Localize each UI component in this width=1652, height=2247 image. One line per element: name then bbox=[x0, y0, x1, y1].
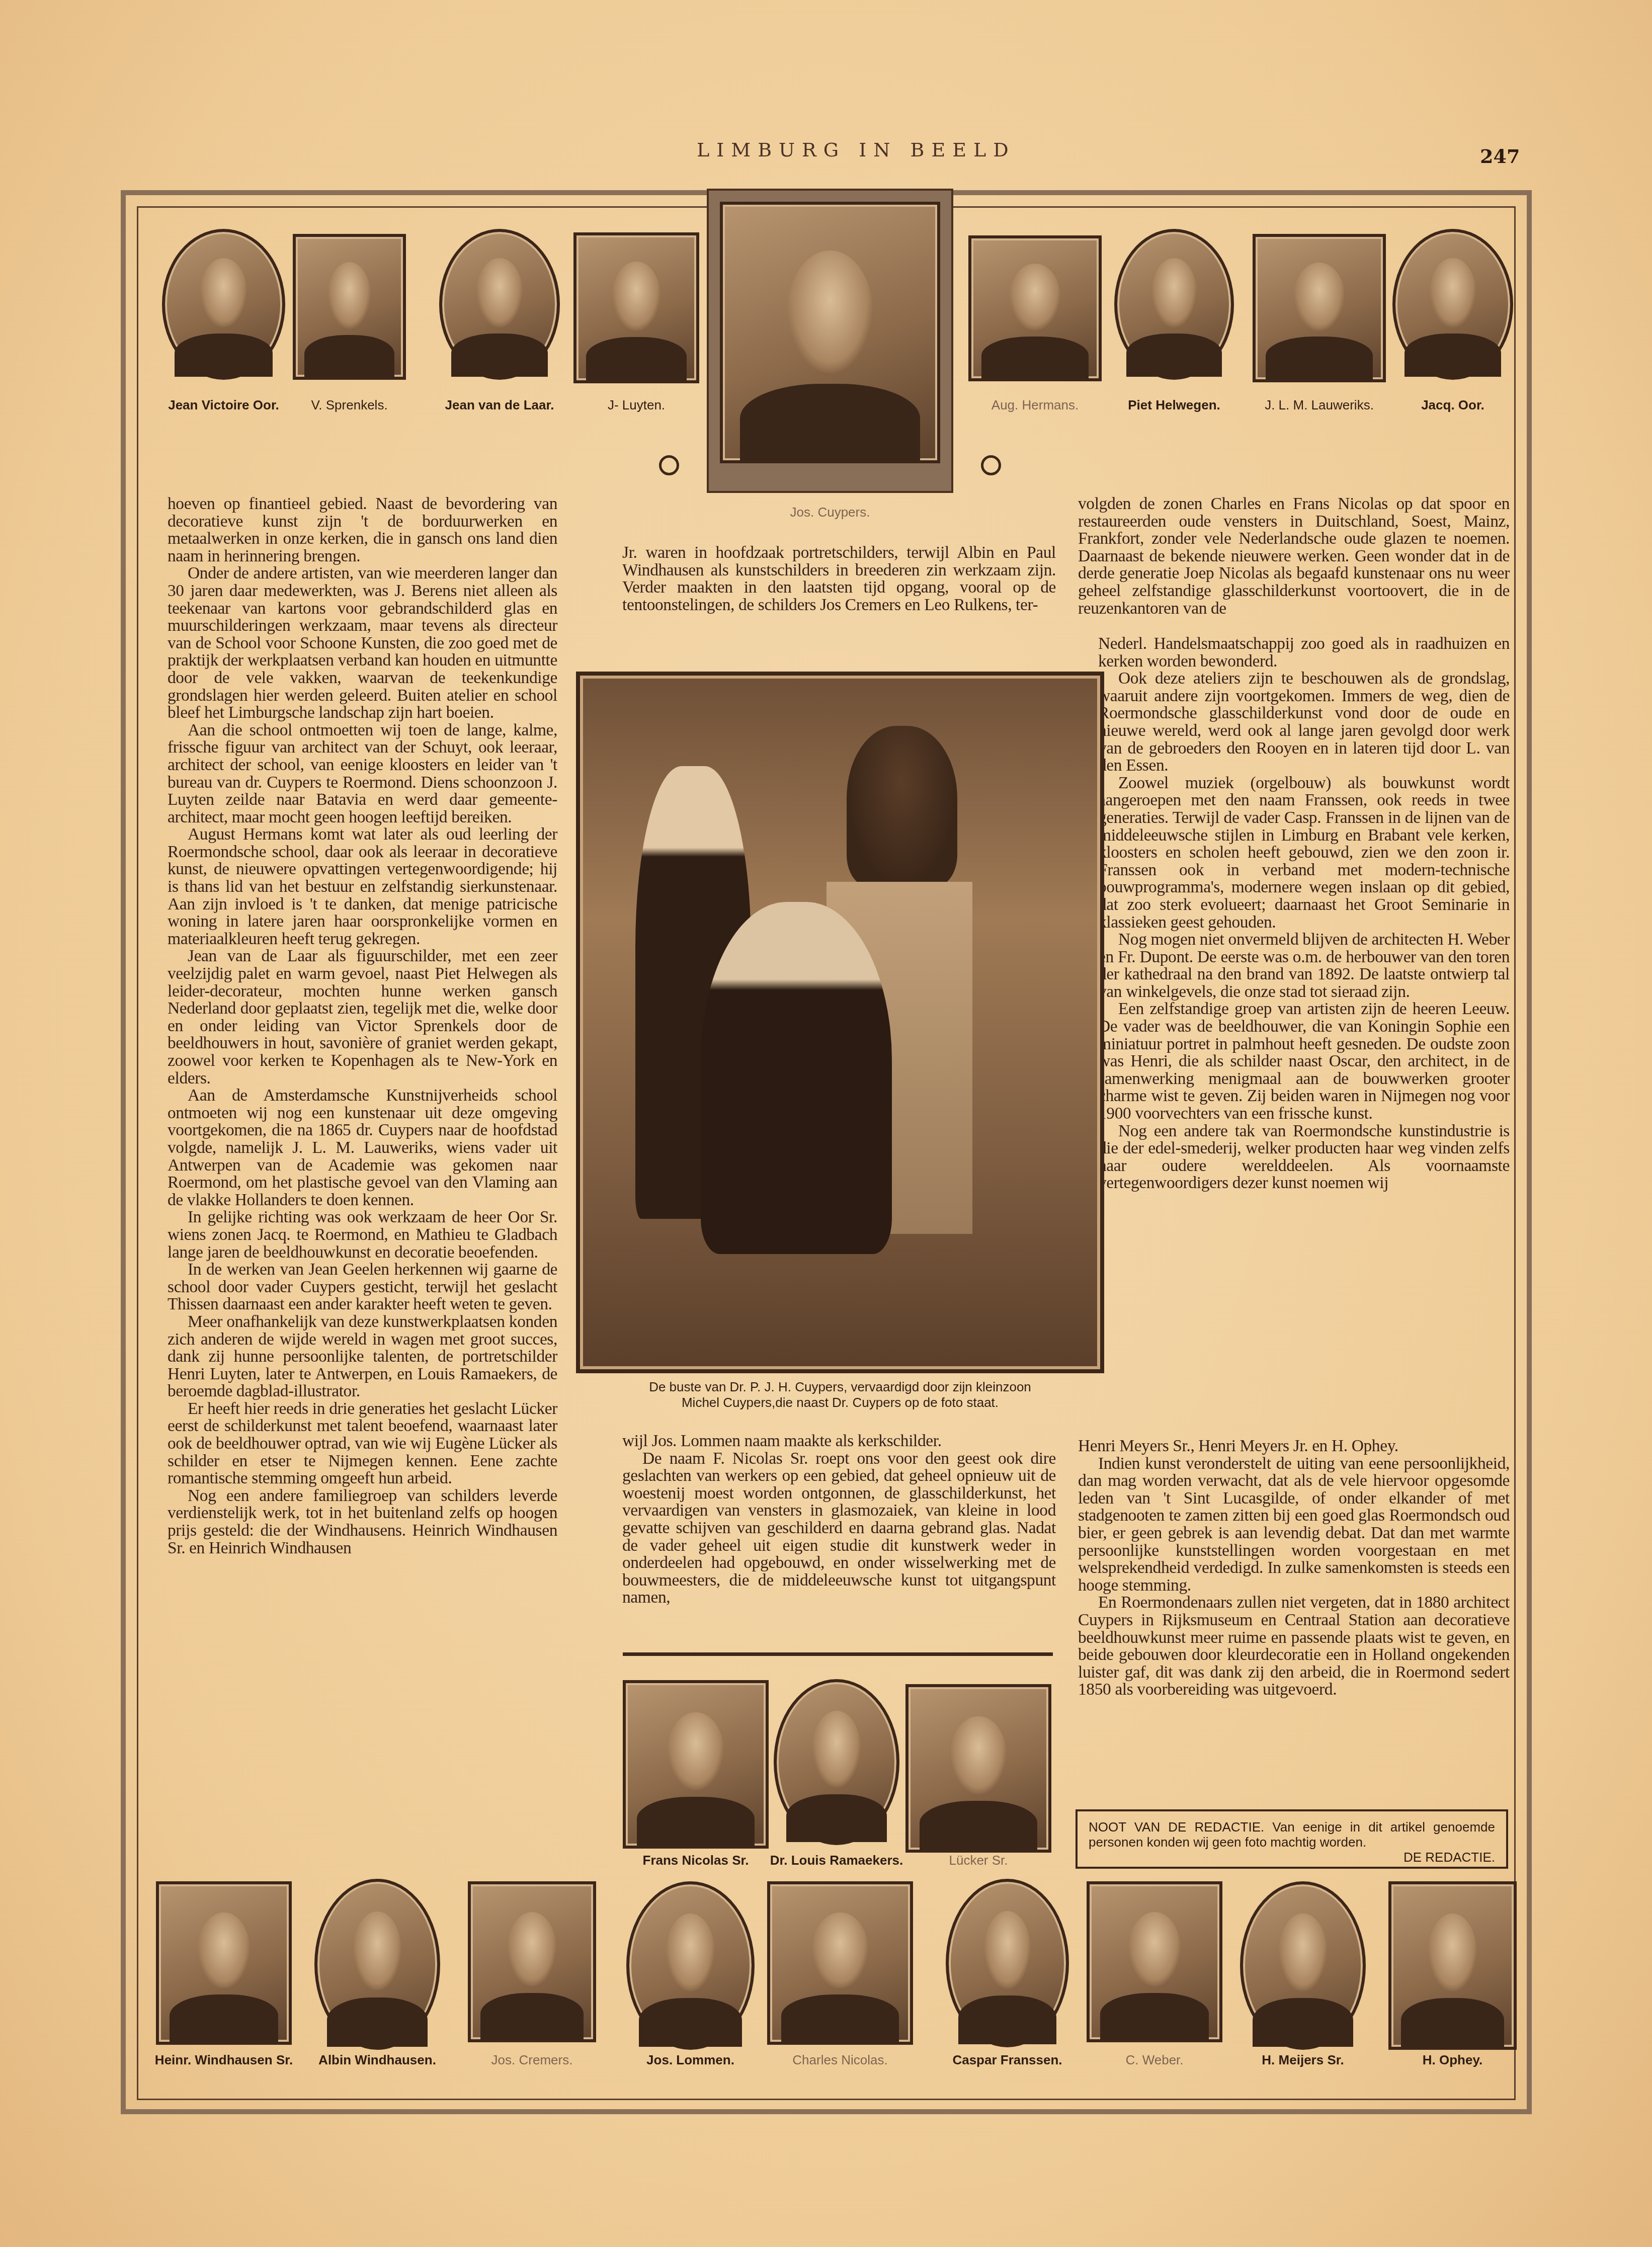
paragraph: Aan die school ontmoetten wij toen de la… bbox=[168, 722, 557, 826]
caption-line-2: Michel Cuypers,die naast Dr. Cuypers op … bbox=[568, 1395, 1112, 1410]
article-column-middle-top: Jr. waren in hoofdzaak portretschilders,… bbox=[622, 544, 1056, 614]
paragraph: Henri Meyers Sr., Henri Meyers Jr. en H.… bbox=[1078, 1438, 1510, 1455]
portrait-jos-cuypers bbox=[720, 202, 940, 463]
portrait-piet-helwegen bbox=[1114, 229, 1234, 380]
portrait-h-meijers-sr bbox=[1240, 1881, 1366, 2050]
ornament-scroll-right bbox=[981, 455, 1001, 475]
portrait-caption: Jacq. Oor. bbox=[1372, 397, 1533, 413]
article-column-right: Nederl. Handelsmaatschappij zoo goed als… bbox=[1098, 635, 1510, 1192]
article-column-right-top: volgden de zonen Charles en Frans Nicola… bbox=[1078, 495, 1510, 617]
caption-jos-cuypers: Jos. Cuypers. bbox=[707, 505, 953, 520]
paragraph: Jr. waren in hoofdzaak portretschilders,… bbox=[622, 544, 1056, 614]
paragraph: Zoowel muziek (orgelbouw) als bouwkunst … bbox=[1098, 775, 1510, 931]
portrait-jos-cremers bbox=[468, 1881, 596, 2042]
page-number: 247 bbox=[1480, 145, 1520, 168]
portrait-caption: Jos. Cremers. bbox=[448, 2052, 616, 2068]
portrait-albin-windhausen bbox=[314, 1879, 440, 2050]
paragraph: Indien kunst veronderstelt de uiting van… bbox=[1078, 1455, 1510, 1595]
center-portrait-frame bbox=[707, 189, 953, 493]
portrait-caption: Piet Helwegen. bbox=[1094, 397, 1254, 413]
portrait-frans-nicolas-sr bbox=[623, 1680, 769, 1849]
paragraph: wijl Jos. Lommen naam maakte als kerksch… bbox=[622, 1433, 1056, 1450]
paragraph: Nog mogen niet onvermeld blijven de arch… bbox=[1098, 931, 1510, 1001]
portrait-j-l-m-lauweriks bbox=[1253, 234, 1386, 382]
portrait-caption: Lücker Sr. bbox=[885, 1853, 1071, 1868]
portrait-caption: J- Luyten. bbox=[553, 397, 719, 413]
main-photo-caption: De buste van Dr. P. J. H. Cuypers, verva… bbox=[568, 1379, 1112, 1410]
portrait-caption: Caspar Franssen. bbox=[926, 2052, 1089, 2068]
portrait-dr-louis-ramaekers bbox=[774, 1679, 899, 1845]
portrait-caption: Heinr. Windhausen Sr. bbox=[136, 2052, 312, 2068]
portrait-l-cker-sr bbox=[905, 1684, 1051, 1853]
caption-line-1: De buste van Dr. P. J. H. Cuypers, verva… bbox=[568, 1379, 1112, 1395]
paragraph: August Hermans komt wat later als oud le… bbox=[168, 826, 557, 948]
editor-note-text: NOOT VAN DE REDACTIE. Van eenige in dit … bbox=[1089, 1819, 1495, 1850]
paragraph: Aan de Amsterdamsche Kunstnijverheids sc… bbox=[168, 1087, 557, 1209]
portrait-caption: H. Meijers Sr. bbox=[1220, 2052, 1386, 2068]
paragraph: Jean van de Laar als figuurschilder, met… bbox=[168, 948, 557, 1087]
paragraph: Onder de andere artisten, van wie meerde… bbox=[168, 565, 557, 721]
portrait-heinr-windhausen-sr bbox=[156, 1881, 292, 2045]
editor-note-signature: DE REDACTIE. bbox=[1089, 1850, 1495, 1865]
portrait-v-sprenkels bbox=[293, 234, 406, 380]
photo-cuypers-bust bbox=[576, 672, 1104, 1373]
paragraph: In de werken van Jean Geelen herkennen w… bbox=[168, 1261, 557, 1313]
paragraph: volgden de zonen Charles en Frans Nicola… bbox=[1078, 495, 1510, 617]
portrait-c-weber bbox=[1087, 1881, 1222, 2042]
portrait-caption: C. Weber. bbox=[1066, 2052, 1243, 2068]
paragraph: En Roermondenaars zullen niet vergeten, … bbox=[1078, 1594, 1510, 1699]
portrait-caption: Albin Windhausen. bbox=[294, 2052, 460, 2068]
portrait-jean-van-de-laar bbox=[439, 229, 560, 380]
paragraph: Nog een andere familiegroep van schilder… bbox=[168, 1487, 557, 1557]
ornament-scroll-left bbox=[659, 455, 679, 475]
article-column-middle-bottom: wijl Jos. Lommen naam maakte als kerksch… bbox=[622, 1433, 1056, 1607]
portrait-jacq-oor bbox=[1392, 229, 1513, 380]
portrait-caption: V. Sprenkels. bbox=[273, 397, 426, 413]
paragraph: In gelijke richting was ook werkzaam de … bbox=[168, 1209, 557, 1261]
paragraph: Er heeft hier reeds in drie generaties h… bbox=[168, 1400, 557, 1487]
portrait-aug-hermans bbox=[968, 235, 1102, 381]
editor-note-box: NOOT VAN DE REDACTIE. Van eenige in dit … bbox=[1076, 1809, 1508, 1869]
portrait-caspar-franssen bbox=[946, 1879, 1069, 2047]
portrait-caption: H. Ophey. bbox=[1368, 2052, 1537, 2068]
portrait-h-ophey bbox=[1388, 1881, 1517, 2050]
bust-sculpture bbox=[847, 726, 957, 887]
middle-portrait-rule bbox=[623, 1652, 1053, 1656]
paragraph: Meer onafhankelijk van deze kunstwerkpla… bbox=[168, 1313, 557, 1400]
portrait-charles-nicolas bbox=[767, 1881, 913, 2045]
paragraph: Nederl. Handelsmaatschappij zoo goed als… bbox=[1098, 635, 1510, 670]
portrait-caption: Charles Nicolas. bbox=[747, 2052, 933, 2068]
article-column-right-bottom: Henri Meyers Sr., Henri Meyers Jr. en H.… bbox=[1078, 1438, 1510, 1699]
paragraph: hoeven op finantieel gebied. Naast de be… bbox=[168, 495, 557, 565]
article-column-left: hoeven op finantieel gebied. Naast de be… bbox=[168, 495, 557, 1557]
paragraph: Nog een andere tak van Roermondsche kuns… bbox=[1098, 1123, 1510, 1192]
paragraph: Ook deze ateliers zijn te beschouwen als… bbox=[1098, 670, 1510, 775]
paragraph: De naam F. Nicolas Sr. roept ons voor de… bbox=[622, 1450, 1056, 1607]
magazine-title: LIMBURG IN BEELD bbox=[697, 139, 1016, 161]
paragraph: Een zelfstandige groep van artisten zijn… bbox=[1098, 1001, 1510, 1122]
portrait-jean-victoire-oor bbox=[162, 229, 285, 380]
seated-figure bbox=[701, 902, 892, 1254]
portrait-j-luyten bbox=[573, 232, 699, 383]
portrait-jos-lommen bbox=[626, 1881, 755, 2050]
